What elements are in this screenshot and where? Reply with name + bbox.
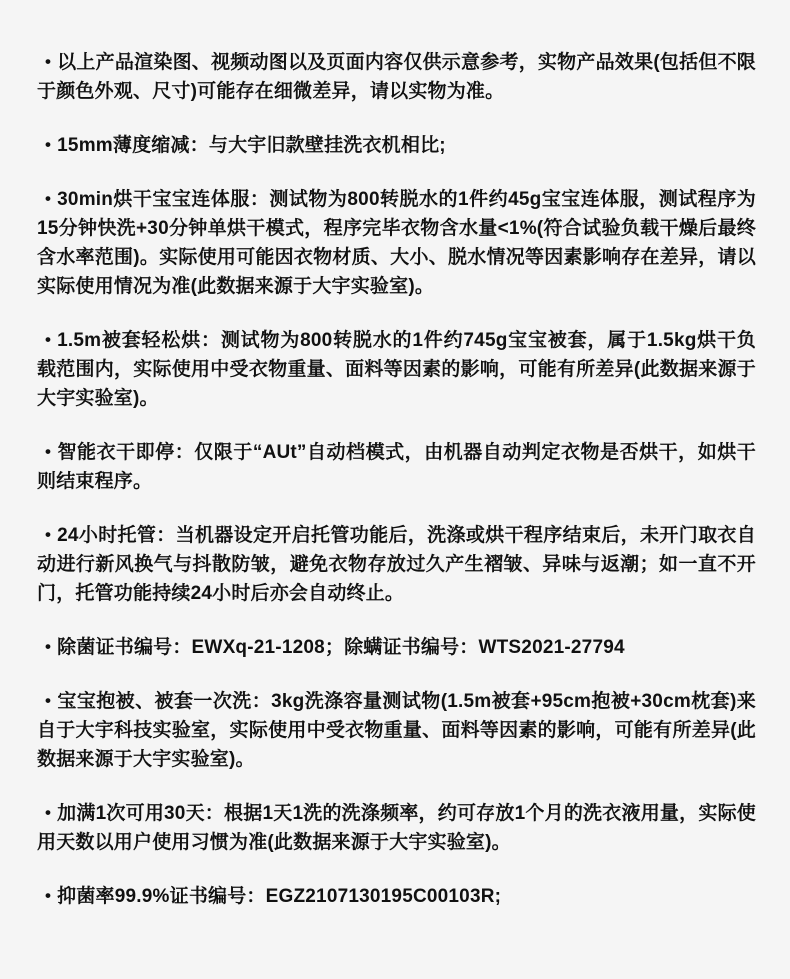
note-item-smart-dry-stop: •智能衣干即停：仅限于“AUt”自动档模式，由机器自动判定衣物是否烘干，如烘干则… [37,438,756,496]
note-item-24h-care: •24小时托管：当机器设定开启托管功能后，洗涤或烘干程序结束后，未开门取衣自动进… [37,521,756,608]
note-item-certificates: •除菌证书编号：EWXq-21-1208；除螨证书编号：WTS2021-2779… [37,633,756,662]
bullet-icon: • [45,881,51,910]
bullet-icon: • [45,686,51,715]
note-item-15mm-thinness: •15mm薄度缩减：与大宇旧款壁挂洗衣机相比; [37,131,756,160]
note-item-duvet-drying: •1.5m被套轻松烘：测试物为800转脱水的1件约745g宝宝被套，属于1.5k… [37,326,756,413]
note-item-baby-quilt-wash: •宝宝抱被、被套一次洗：3kg洗涤容量测试物(1.5m被套+95cm抱被+30c… [37,687,756,774]
bullet-icon: • [45,47,51,76]
note-text: 宝宝抱被、被套一次洗：3kg洗涤容量测试物(1.5m被套+95cm抱被+30cm… [37,691,756,770]
bullet-icon: • [45,184,51,213]
bullet-icon: • [45,325,51,354]
note-item-30min-drying: •30min烘干宝宝连体服：测试物为800转脱水的1件约45g宝宝连体服，测试程… [37,185,756,301]
note-text: 以上产品渲染图、视频动图以及页面内容仅供示意参考，实物产品效果(包括但不限于颜色… [37,52,756,102]
note-text: 30min烘干宝宝连体服：测试物为800转脱水的1件约45g宝宝连体服，测试程序… [37,189,756,297]
note-text: 24小时托管：当机器设定开启托管功能后，洗涤或烘干程序结束后，未开门取衣自动进行… [37,525,756,604]
bullet-icon: • [45,798,51,827]
bullet-icon: • [45,632,51,661]
note-item-30day-detergent: •加满1次可用30天：根据1天1洗的洗涤频率，约可存放1个月的洗衣液用量，实际使… [37,799,756,857]
bullet-icon: • [45,520,51,549]
note-text: 15mm薄度缩减：与大宇旧款壁挂洗衣机相比; [57,135,446,156]
note-text: 抑菌率99.9%证书编号：EGZ2107130195C00103R; [57,886,501,907]
note-text: 智能衣干即停：仅限于“AUt”自动档模式，由机器自动判定衣物是否烘干，如烘干则结… [37,442,756,492]
note-item-antibacterial-cert: •抑菌率99.9%证书编号：EGZ2107130195C00103R; [37,882,756,911]
disclaimer-notes: •以上产品渲染图、视频动图以及页面内容仅供示意参考，实物产品效果(包括但不限于颜… [0,0,790,911]
note-text: 加满1次可用30天：根据1天1洗的洗涤频率，约可存放1个月的洗衣液用量，实际使用… [37,803,756,853]
bullet-icon: • [45,130,51,159]
note-text: 1.5m被套轻松烘：测试物为800转脱水的1件约745g宝宝被套，属于1.5kg… [37,330,756,409]
note-item-render-disclaimer: •以上产品渲染图、视频动图以及页面内容仅供示意参考，实物产品效果(包括但不限于颜… [37,48,756,106]
bullet-icon: • [45,437,51,466]
note-text: 除菌证书编号：EWXq-21-1208；除螨证书编号：WTS2021-27794 [57,637,625,658]
